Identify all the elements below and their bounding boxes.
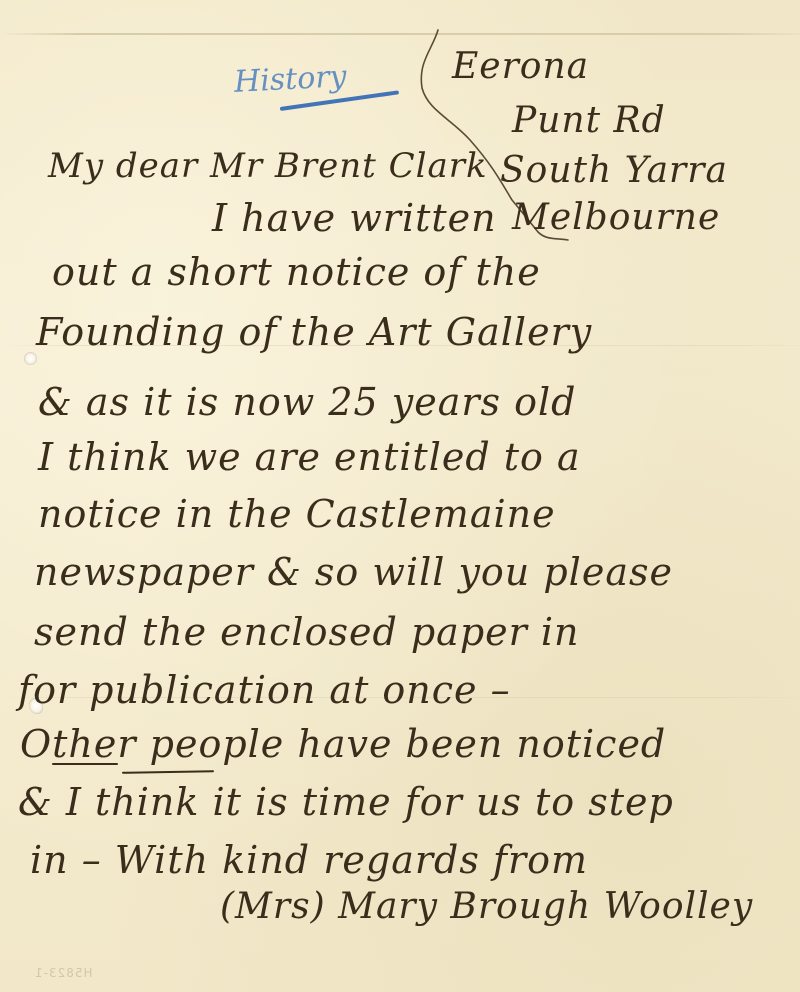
- body-line: & as it is now 25 years old: [38, 380, 576, 424]
- body-line: for publication at once –: [18, 668, 511, 712]
- signature: (Mrs) Mary Brough Woolley: [220, 886, 753, 927]
- body-line: out a short notice of the: [52, 250, 541, 294]
- body-line: I think we are entitled to a: [38, 435, 581, 479]
- body-line: in – With kind regards from: [30, 838, 588, 882]
- address-line: Punt Rd: [512, 100, 666, 141]
- salutation: My dear Mr Brent Clark: [48, 146, 488, 186]
- body-line: & I think it is time for us to step: [18, 780, 674, 824]
- archival-annotation: History: [233, 59, 347, 100]
- body-line: Founding of the Art Gallery: [36, 310, 592, 354]
- body-line: Other people have been noticed: [20, 722, 666, 766]
- letter-page: History Eerona Punt Rd South Yarra Melbo…: [0, 0, 800, 992]
- fold-line: [0, 33, 800, 35]
- address-line: Melbourne: [512, 197, 720, 238]
- catalogue-mark: H5823-1: [34, 966, 93, 980]
- word-underline-other: [52, 763, 118, 765]
- word-underline-people: [122, 770, 214, 774]
- address-line: Eerona: [452, 46, 589, 87]
- address-line: South Yarra: [500, 150, 728, 191]
- body-line: I have written: [212, 196, 497, 240]
- body-line: send the enclosed paper in: [34, 610, 580, 654]
- body-line: notice in the Castlemaine: [38, 492, 556, 536]
- body-line: newspaper & so will you please: [34, 550, 673, 594]
